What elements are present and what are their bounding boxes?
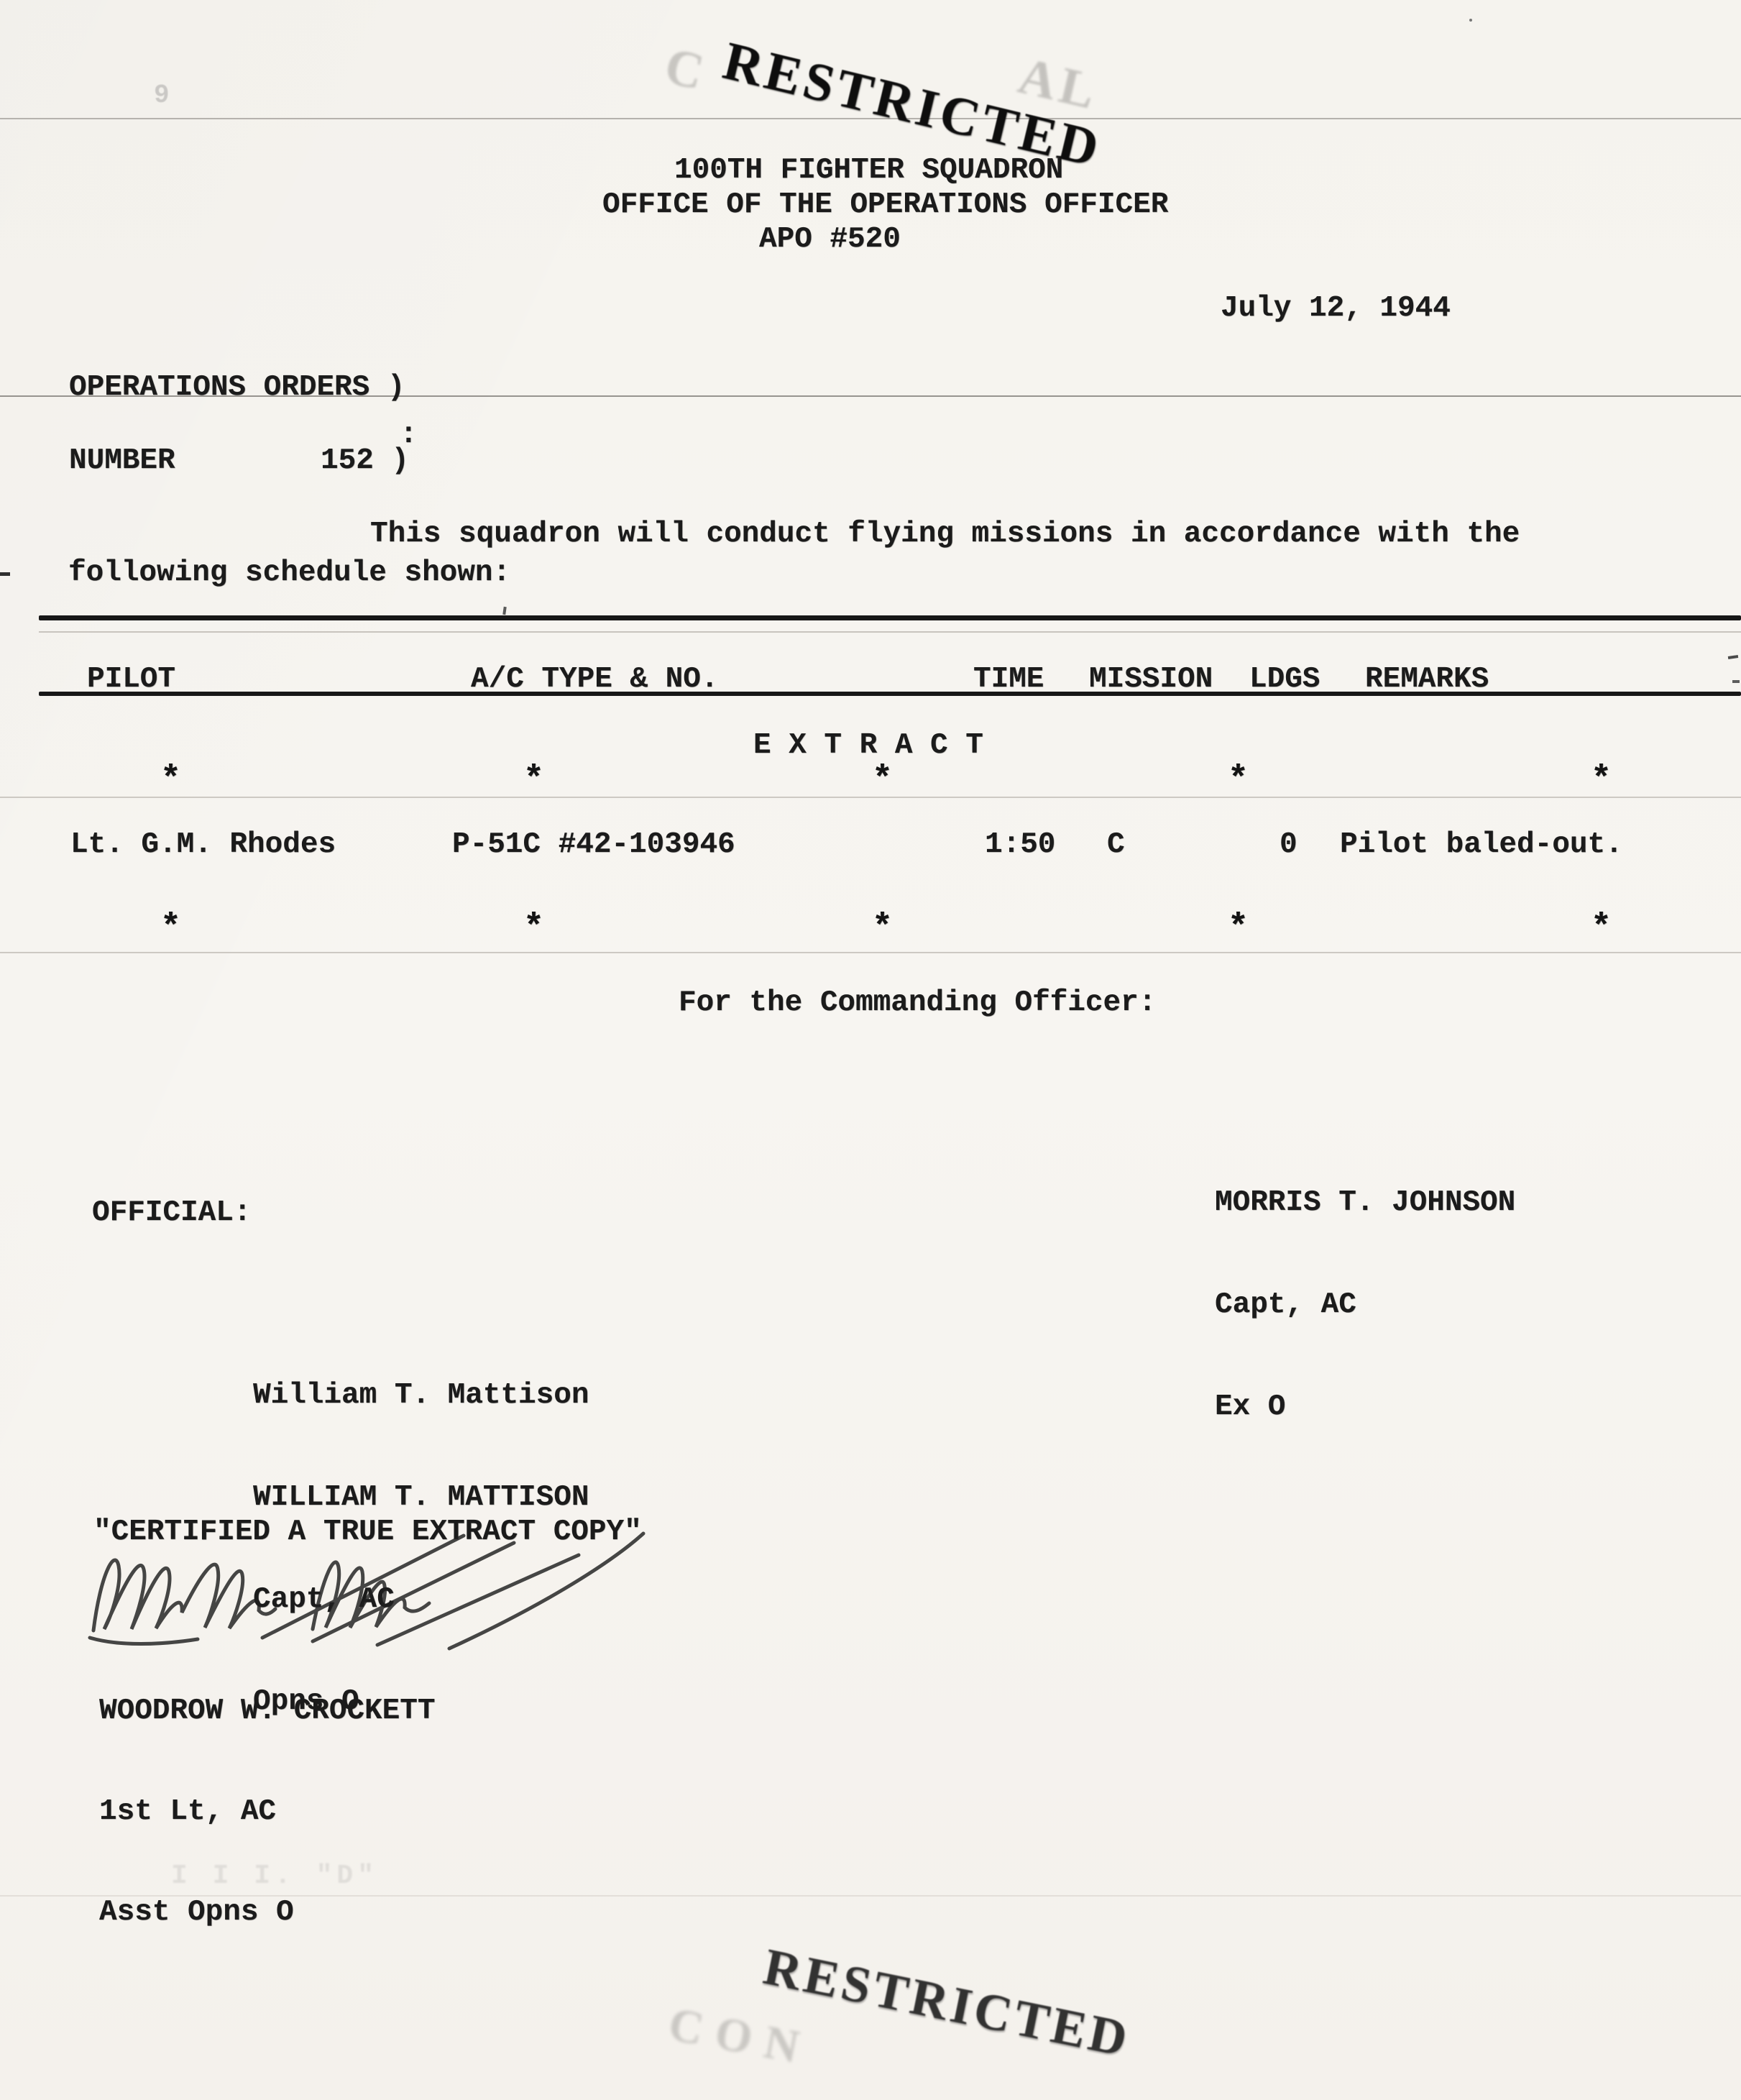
ink-tick xyxy=(502,607,506,615)
orders-number-label: NUMBER xyxy=(69,446,175,477)
crockett-rank: 1st Lt, AC xyxy=(99,1794,435,1829)
date-line: July 12, 1944 xyxy=(1221,293,1451,324)
right-edge-ink-dash xyxy=(1728,655,1738,659)
official-label: OFFICIAL: xyxy=(92,1198,251,1229)
confidential-ghost-left: C xyxy=(659,36,709,103)
body-paragraph-line2: following schedule shown: xyxy=(68,558,510,589)
table-top-rule xyxy=(39,615,1741,620)
asterisk-mark: * xyxy=(1228,909,1249,948)
asterisk-mark: * xyxy=(160,909,181,948)
crockett-signature-block: WOODROW W. CROCKETT 1st Lt, AC Asst Opns… xyxy=(99,1628,435,1996)
johnson-rank: Capt, AC xyxy=(1215,1287,1515,1323)
ghost-digit: 9 xyxy=(154,81,170,110)
orders-number-value: 152 ) xyxy=(321,446,409,477)
restricted-stamp-bottom: RESTRICTED xyxy=(758,1937,1135,2070)
asterisk-mark: * xyxy=(1591,909,1612,948)
ghost-bleedthrough-text: I I I. "D" xyxy=(171,1861,378,1892)
table-row-time: 1:50 xyxy=(985,830,1055,861)
document-page: 9 C AL RESTRICTED 100TH FIGHTER SQUADRON… xyxy=(0,0,1741,2100)
orders-title: OPERATIONS ORDERS ) xyxy=(69,372,405,403)
column-header-mission: MISSION xyxy=(1089,664,1213,695)
johnson-signature-block: MORRIS T. JOHNSON Capt, AC Ex O xyxy=(1215,1119,1515,1491)
asterisk-mark: * xyxy=(872,909,893,948)
mattison-typed-signature: William T. Mattison xyxy=(253,1377,589,1413)
faint-rule-3 xyxy=(0,1895,1741,1897)
faint-rule-1 xyxy=(0,797,1741,798)
letterhead-office: OFFICE OF THE OPERATIONS OFFICER xyxy=(602,190,1168,221)
column-header-time: TIME xyxy=(973,664,1044,695)
left-edge-ink-dash xyxy=(0,572,10,576)
asterisk-mark: * xyxy=(523,909,544,948)
asterisk-mark: * xyxy=(1228,761,1249,799)
faint-rule-2 xyxy=(0,952,1741,953)
crockett-title: Asst Opns O xyxy=(99,1895,435,1930)
asterisk-mark: * xyxy=(523,761,544,799)
extract-label: E X T R A C T xyxy=(753,730,983,761)
johnson-title: Ex O xyxy=(1215,1389,1515,1425)
ink-dot xyxy=(1469,19,1472,22)
asterisk-mark: * xyxy=(872,761,893,799)
letterhead-apo: APO #520 xyxy=(759,224,901,255)
table-row-ldgs: 0 xyxy=(1280,830,1297,861)
for-commanding-officer-line: For the Commanding Officer: xyxy=(679,988,1156,1019)
column-header-aircraft: A/C TYPE & NO. xyxy=(471,664,718,695)
asterisk-mark: * xyxy=(160,761,181,799)
right-edge-ink-dash xyxy=(1732,680,1740,683)
table-top-rule-echo xyxy=(39,631,1741,633)
column-header-ldgs: LDGS xyxy=(1249,664,1320,695)
column-header-pilot: PILOT xyxy=(87,664,175,695)
letterhead-unit: 100TH FIGHTER SQUADRON xyxy=(674,155,1063,186)
table-row-aircraft: P-51C #42-103946 xyxy=(452,830,735,861)
column-header-remarks: REMARKS xyxy=(1365,664,1489,695)
asterisk-mark: * xyxy=(1591,761,1612,799)
mattison-name: WILLIAM T. MATTISON xyxy=(253,1480,589,1516)
johnson-name: MORRIS T. JOHNSON xyxy=(1215,1185,1515,1221)
crockett-name: WOODROW W. CROCKETT xyxy=(99,1694,435,1728)
table-header-underline xyxy=(39,692,1741,696)
table-row-pilot: Lt. G.M. Rhodes xyxy=(70,830,336,861)
table-row-remarks: Pilot baled-out. xyxy=(1340,830,1623,861)
table-row-mission: C xyxy=(1107,830,1125,861)
confidential-ghost-bottom: CON xyxy=(664,1997,816,2077)
body-paragraph-line1: This squadron will conduct flying missio… xyxy=(370,519,1520,550)
